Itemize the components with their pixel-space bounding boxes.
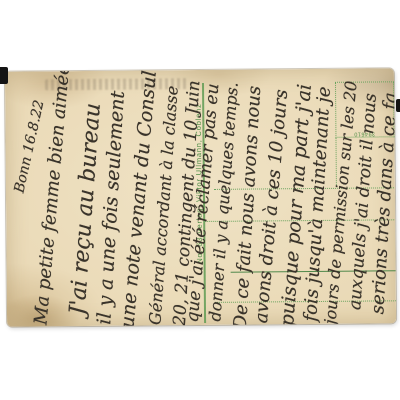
postcard: No. 63 Verlag: Viktor Ullmann, Coblenz 3…	[5, 68, 396, 326]
scan-background: No. 63 Verlag: Viktor Ullmann, Coblenz 3…	[0, 0, 400, 400]
scan-artifact	[396, 99, 400, 112]
handwriting-layer: Ma petite femme bien aiméeJ'ai reçu au b…	[5, 68, 394, 71]
scan-artifact	[0, 67, 8, 84]
